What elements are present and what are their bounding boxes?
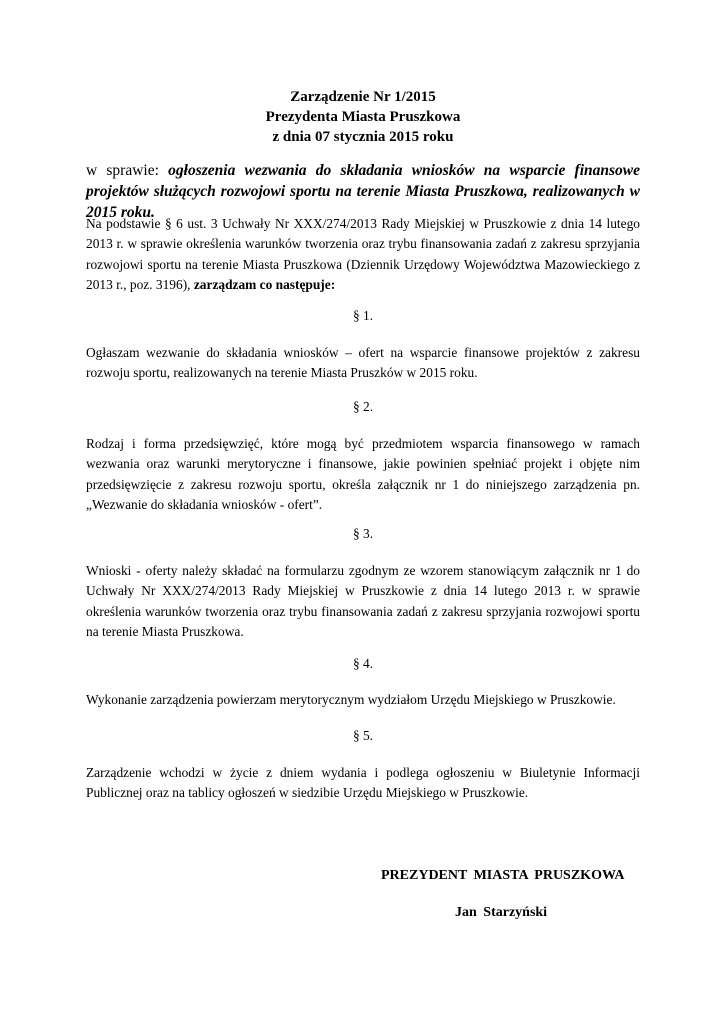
- section-2-mark: § 2.: [86, 397, 640, 417]
- title-line-date: z dnia 07 stycznia 2015 roku: [86, 127, 640, 147]
- title-line-issuer: Prezydenta Miasta Pruszkowa: [86, 107, 640, 127]
- section-3-mark: § 3.: [86, 524, 640, 544]
- section-4-mark: § 4.: [86, 654, 640, 674]
- section-5-mark: § 5.: [86, 726, 640, 746]
- preamble-paragraph: Na podstawie § 6 ust. 3 Uchwały Nr XXX/2…: [86, 214, 640, 295]
- section-1-text: Ogłaszam wezwanie do składania wniosków …: [86, 343, 640, 384]
- subject-topic: ogłoszenia wezwania do składania wnioskó…: [86, 162, 640, 221]
- signature-name: Jan Starzyński: [455, 903, 547, 923]
- preamble-emphasis: zarządzam co następuje:: [194, 277, 335, 292]
- title-line-order-number: Zarządzenie Nr 1/2015: [86, 87, 640, 107]
- section-4-text: Wykonanie zarządzenia powierzam merytory…: [86, 690, 640, 710]
- section-5-text: Zarządzenie wchodzi w życie z dniem wyda…: [86, 763, 640, 804]
- section-3-text: Wnioski - oferty należy składać na formu…: [86, 561, 640, 642]
- subject-prefix: w sprawie:: [86, 162, 168, 179]
- document-title: Zarządzenie Nr 1/2015 Prezydenta Miasta …: [86, 87, 640, 147]
- section-2-text: Rodzaj i forma przedsięwzięć, które mogą…: [86, 434, 640, 515]
- preamble-text: Na podstawie § 6 ust. 3 Uchwały Nr XXX/2…: [86, 216, 640, 292]
- section-1-mark: § 1.: [86, 306, 640, 326]
- signature-office: PREZYDENT MIASTA PRUSZKOWA: [381, 866, 625, 886]
